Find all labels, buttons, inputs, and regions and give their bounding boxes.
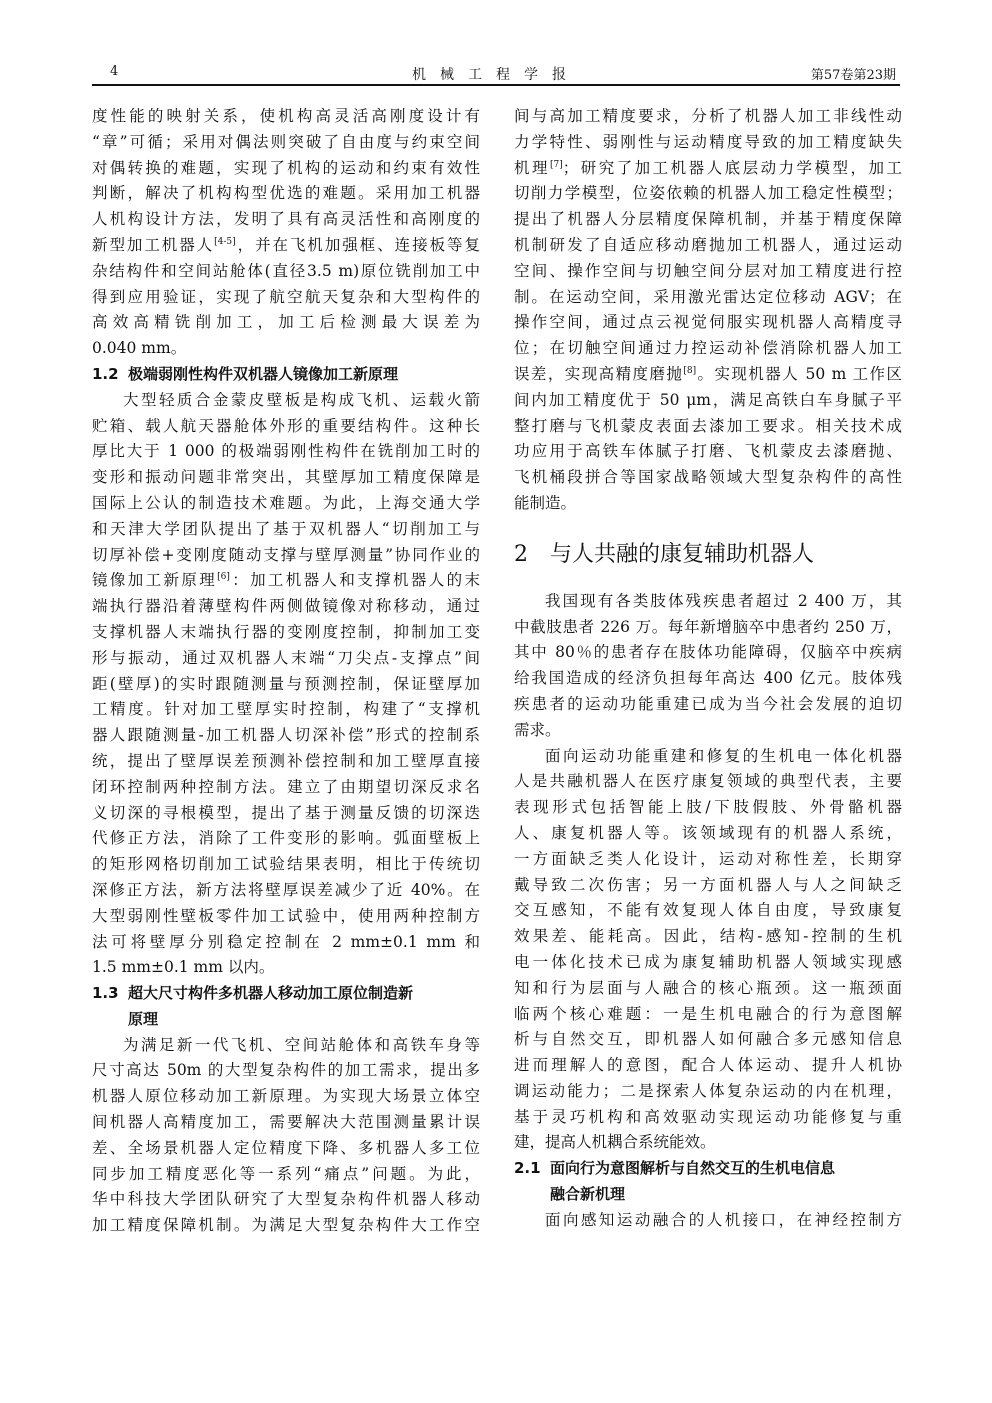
- spacer: [514, 517, 902, 531]
- text-line: 切厚补偿+变刚度随动支撑与壁厚测量”协同作业的: [92, 543, 480, 569]
- text-line: 间机器人高精度加工，需要解决大范围测量累计误: [92, 1110, 480, 1136]
- text-line: 华中科技大学团队研究了大型复杂构件机器人移动: [92, 1187, 480, 1213]
- section-title: 原理: [128, 1010, 158, 1028]
- text-line: 闭环控制两种控制方法。建立了由期望切深反求名: [92, 775, 480, 801]
- text-line: 提出了机器人分层精度保障机制，并基于精度保障: [514, 207, 902, 233]
- section-heading-1-3: 1.3超大尺寸构件多机器人移动加工原位制造新: [92, 981, 480, 1007]
- section-number: 2: [514, 531, 550, 579]
- text-line: 代修正方法，消除了工件变形的影响。弧面壁板上: [92, 826, 480, 852]
- text-line: 需求。: [514, 718, 902, 744]
- right-column: 间与高加工精度要求，分析了机器人加工非线性动 力学特性、弱刚性与运动精度导致的加…: [514, 104, 902, 1234]
- text-line: 间内加工精度优于 50 μm，满足高铁白车身腻子平: [514, 388, 902, 414]
- text-line: 1.5 mm±0.1 mm 以内。: [92, 955, 480, 981]
- section-heading-2-1-cont: 融合新机理: [514, 1182, 902, 1208]
- text-line: 差、全场景机器人定位精度下降、多机器人多工位: [92, 1136, 480, 1162]
- text-line: 力学特性、弱刚性与运动精度导致的加工精度缺失: [514, 130, 902, 156]
- text-line: 支撑机器人末端执行器的变刚度控制，抑制加工变: [92, 620, 480, 646]
- text-line: 交互感知，不能有效复现人体自由度，导致康复: [514, 898, 902, 924]
- text-line: 判断，解决了机构构型优选的难题。采用加工机器: [92, 181, 480, 207]
- text-line: 大型弱刚性壁板零件加工试验中，使用两种控制方: [92, 904, 480, 930]
- text-line: 疾患者的运动功能重建已成为当今社会发展的迫切: [514, 692, 902, 718]
- section-heading-2: 2与人共融的康复辅助机器人: [514, 531, 902, 589]
- paragraph: 大型轻质合金蒙皮壁板是构成飞机、运载火箭 贮箱、载人航天器舱体外形的重要结构件。…: [92, 388, 480, 981]
- text-line: 变形和振动问题非常突出，其壁厚加工精度保障是: [92, 465, 480, 491]
- text-line: 飞机桶段拼合等国家战略领域大型复杂构件的高性: [514, 465, 902, 491]
- citation: [4-5]: [214, 237, 236, 247]
- text-line: 整打磨与飞机蒙皮表面去漆加工要求。相关技术成: [514, 414, 902, 440]
- text-line: 其中 80％的患者存在肢体功能障碍，仅脑卒中疾病: [514, 640, 902, 666]
- text-line: 机理[7]；研究了加工机器人底层动力学模型，加工: [514, 156, 902, 182]
- text-line: 度性能的映射关系，使机构高灵活高刚度设计有: [92, 104, 480, 130]
- text-line: 切削力学模型，位姿依赖的机器人加工稳定性模型；: [514, 181, 902, 207]
- text-line: 调运动能力；二是探索人体复杂运动的内在机理，: [514, 1079, 902, 1105]
- text-line: 0.040 mm。: [92, 336, 480, 362]
- page-header: 4 机械工程学报 第57卷第23期: [92, 62, 900, 86]
- left-column: 度性能的映射关系，使机构高灵活高刚度设计有 “章”可循；采用对偶法则突破了自由度…: [92, 104, 480, 1239]
- citation: [6]: [217, 572, 230, 582]
- section-number: 1.3: [92, 981, 128, 1007]
- text-line: 中截肢患者 226 万。每年新增脑卒中患者约 250 万，: [514, 615, 902, 641]
- text-line: 法可将壁厚分别稳定控制在 2 mm±0.1 mm 和: [92, 930, 480, 956]
- text-line: 析与自然交互，即机器人如何融合多元感知信息: [514, 1027, 902, 1053]
- section-title: 超大尺寸构件多机器人移动加工原位制造新: [128, 984, 413, 1002]
- text-line: 器人跟随测量-加工机器人切深补偿”形式的控制系: [92, 723, 480, 749]
- text-line: 机制研发了自适应移动磨抛加工机器人，通过运动: [514, 233, 902, 259]
- text-line: “章”可循；采用对偶法则突破了自由度与约束空间: [92, 130, 480, 156]
- text-line: 的矩形网格切削加工试验结果表明，相比于传统切: [92, 852, 480, 878]
- text-line: 空间、操作空间与切触空间分层对加工精度进行控: [514, 259, 902, 285]
- text-line: 新型加工机器人[4-5]，并在飞机加强框、连接板等复: [92, 233, 480, 259]
- text-line: 深修正方法，新方法将壁厚误差减少了近 40%。在: [92, 878, 480, 904]
- section-title: 融合新机理: [550, 1185, 625, 1203]
- text-line: 一方面缺乏类人化设计，运动对称性差，长期穿: [514, 847, 902, 873]
- text-line: 对偶转换的难题，实现了机构的运动和约束有效性: [92, 156, 480, 182]
- section-heading-2-1: 2.1面向行为意图解析与自然交互的生机电信息: [514, 1156, 902, 1182]
- text-line: 给我国造成的经济负担每年高达 400 亿元。肢体残: [514, 666, 902, 692]
- text-line: 人、康复机器人等。该领域现有的机器人系统，: [514, 821, 902, 847]
- text-line: 国际上公认的制造技术难题。为此，上海交通大学: [92, 491, 480, 517]
- paragraph: 为满足新一代飞机、空间站舱体和高铁车身等 尺寸高达 50m 的大型复杂构件的加工…: [92, 1033, 480, 1239]
- text-line: 戴导致二次伤害；另一方面机器人与人之间缺乏: [514, 873, 902, 899]
- section-number: 1.2: [92, 362, 128, 388]
- text-line: 加工精度保障机制。为满足大型复杂构件大工作空: [92, 1213, 480, 1239]
- text-line: 尺寸高达 50m 的大型复杂构件的加工需求，提出多: [92, 1058, 480, 1084]
- journal-title: 机械工程学报: [92, 64, 900, 84]
- paragraph: 间与高加工精度要求，分析了机器人加工非线性动 力学特性、弱刚性与运动精度导致的加…: [514, 104, 902, 517]
- text-line: 厚比大于 1 000 的极端弱刚性构件在铣削加工时的: [92, 439, 480, 465]
- section-title: 极端弱刚性构件双机器人镜像加工新原理: [128, 365, 398, 383]
- text-line: 临两个核心难题：一是生机电融合的行为意图解: [514, 1002, 902, 1028]
- text-line: 形与振动，通过双机器人末端“刀尖点-支撑点”间: [92, 646, 480, 672]
- text-line: 间与高加工精度要求，分析了机器人加工非线性动: [514, 104, 902, 130]
- section-heading-1-2: 1.2极端弱刚性构件双机器人镜像加工新原理: [92, 362, 480, 388]
- text-line: 面向运动功能重建和修复的生机电一体化机器: [514, 744, 902, 770]
- paragraph: 面向感知运动融合的人机接口，在神经控制方: [514, 1208, 902, 1234]
- text-line: 电一体化技术已成为康复辅助机器人领域实现感: [514, 950, 902, 976]
- text-line: 功应用于高铁车体腻子打磨、飞机蒙皮去漆磨抛、: [514, 439, 902, 465]
- section-number: 2.1: [514, 1156, 550, 1182]
- text-line: 制。在运动空间，采用激光雷达定位移动 AGV；在: [514, 285, 902, 311]
- text-line: 为满足新一代飞机、空间站舱体和高铁车身等: [92, 1033, 480, 1059]
- text-line: 统，提出了壁厚误差预测补偿控制和加工壁厚直接: [92, 749, 480, 775]
- text-line: 距(壁厚)的实时跟随测量与预测控制，保证壁厚加: [92, 672, 480, 698]
- text-line: 端执行器沿着薄壁构件两侧做镜像对称移动，通过: [92, 594, 480, 620]
- text-line: 机器人原位移动加工新原理。为实现大场景立体空: [92, 1084, 480, 1110]
- paragraph: 度性能的映射关系，使机构高灵活高刚度设计有 “章”可循；采用对偶法则突破了自由度…: [92, 104, 480, 362]
- text-line: 义切深的寻根模型，提出了基于测量反馈的切深迭: [92, 801, 480, 827]
- text-line: 位；在切触空间通过力控运动补偿消除机器人加工: [514, 336, 902, 362]
- text-line: 杂结构件和空间站舱体(直径3.5 m)原位铣削加工中: [92, 259, 480, 285]
- text-line: 我国现有各类肢体残疾患者超过 2 400 万，其: [514, 589, 902, 615]
- volume-issue: 第57卷第23期: [811, 64, 896, 83]
- text-line: 人机构设计方法，发明了具有高灵活性和高刚度的: [92, 207, 480, 233]
- section-heading-1-3-cont: 原理: [92, 1007, 480, 1033]
- text-line: 大型轻质合金蒙皮壁板是构成飞机、运载火箭: [92, 388, 480, 414]
- text-line: 高效高精铣削加工，加工后检测最大误差为: [92, 310, 480, 336]
- text-line: 进而理解人的意图，配合人体运动、提升人机协: [514, 1053, 902, 1079]
- text-line: 同步加工精度恶化等一系列“痛点”问题。为此，: [92, 1162, 480, 1188]
- paragraph: 面向运动功能重建和修复的生机电一体化机器 人是共融机器人在医疗康复领域的典型代表…: [514, 744, 902, 1157]
- text-line: 得到应用验证，实现了航空航天复杂和大型构件的: [92, 285, 480, 311]
- text-line: 效果差、能耗高。因此，结构-感知-控制的生机: [514, 924, 902, 950]
- text-line: 操作空间，通过点云视觉伺服实现机器人高精度寻: [514, 310, 902, 336]
- text-line: 和天津大学团队提出了基于双机器人“切削加工与: [92, 517, 480, 543]
- citation: [7]: [550, 159, 563, 169]
- text-line: 面向感知运动融合的人机接口，在神经控制方: [514, 1208, 902, 1234]
- section-title: 面向行为意图解析与自然交互的生机电信息: [550, 1159, 835, 1177]
- text-line: 镜像加工新原理[6]：加工机器人和支撑机器人的末: [92, 568, 480, 594]
- text-line: 能制造。: [514, 491, 902, 517]
- section-title: 与人共融的康复辅助机器人: [550, 542, 814, 567]
- text-line: 知和行为层面与人融合的核心瓶颈。这一瓶颈面: [514, 976, 902, 1002]
- text-line: 工精度。针对加工壁厚实时控制，构建了“支撑机: [92, 697, 480, 723]
- citation: [8]: [683, 366, 696, 376]
- text-line: 建，提高人机耦合系统能效。: [514, 1130, 902, 1156]
- text-line: 基于灵巧机构和高效驱动实现运动功能修复与重: [514, 1105, 902, 1131]
- text-line: 表现形式包括智能上肢/下肢假肢、外骨骼机器: [514, 795, 902, 821]
- text-line: 误差，实现高精度磨抛[8]。实现机器人 50 m 工作区: [514, 362, 902, 388]
- paragraph: 我国现有各类肢体残疾患者超过 2 400 万，其 中截肢患者 226 万。每年新…: [514, 589, 902, 744]
- text-line: 贮箱、载人航天器舱体外形的重要结构件。这种长: [92, 414, 480, 440]
- text-line: 人是共融机器人在医疗康复领域的典型代表，主要: [514, 769, 902, 795]
